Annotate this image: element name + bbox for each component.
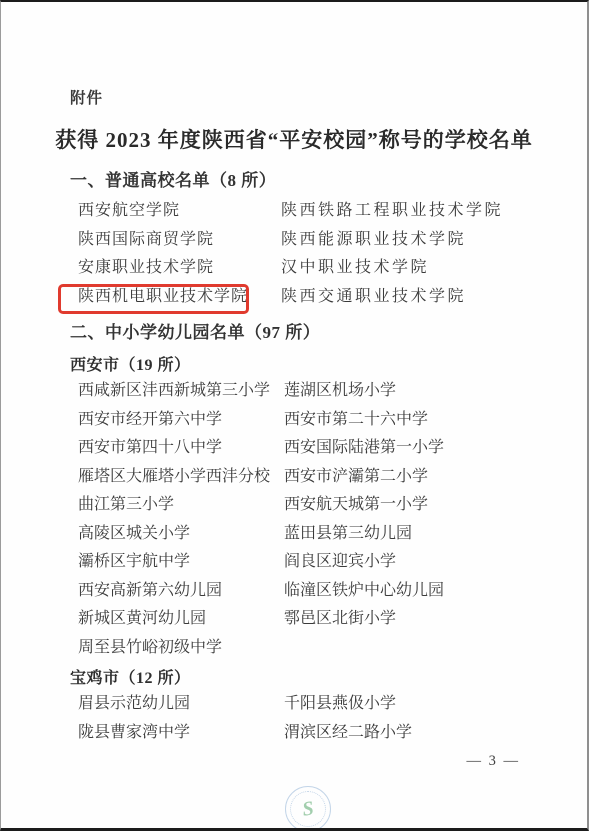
school-name: 陕西铁路工程职业技术学院 xyxy=(281,197,547,226)
school-name: 陕西能源职业技术学院 xyxy=(281,226,547,255)
school-name: 眉县示范幼儿园 xyxy=(78,690,284,719)
school-name: 新城区黄河幼儿园 xyxy=(78,605,284,634)
school-name: 陕西交通职业技术学院 xyxy=(281,283,547,312)
school-name: 安康职业技术学院 xyxy=(78,254,281,283)
school-name: 西安航空学院 xyxy=(78,197,281,226)
circular-seal-watermark-icon: S xyxy=(285,786,331,831)
section-heading-universities: 一、普通高校名单（8 所） xyxy=(70,166,276,191)
school-name xyxy=(284,634,547,663)
school-name: 灞桥区宇航中学 xyxy=(78,548,284,577)
school-name: 西咸新区沣西新城第三小学 xyxy=(78,377,284,406)
school-name: 曲江第三小学 xyxy=(78,491,284,520)
school-name: 临潼区铁炉中心幼儿园 xyxy=(284,577,547,606)
school-name: 鄠邑区北街小学 xyxy=(284,605,547,634)
school-name: 西安国际陆港第一小学 xyxy=(284,434,547,463)
school-name: 汉中职业技术学院 xyxy=(281,254,547,283)
page-title: 获得 2023 年度陕西省“平安校园”称号的学校名单 xyxy=(1,124,587,154)
section-heading-schools: 二、中小学幼儿园名单（97 所） xyxy=(70,318,320,343)
university-list: 西安航空学院 陕西铁路工程职业技术学院 陕西国际商贸学院 陕西能源职业技术学院 … xyxy=(78,197,547,311)
attachment-label: 附件 xyxy=(70,86,103,108)
school-name: 渭滨区经二路小学 xyxy=(284,719,547,748)
school-name-highlighted: 陕西机电职业技术学院 xyxy=(78,283,281,312)
city-heading-baoji: 宝鸡市（12 所） xyxy=(70,665,191,688)
school-name: 千阳县燕伋小学 xyxy=(284,690,547,719)
document-page: 附件 获得 2023 年度陕西省“平安校园”称号的学校名单 一、普通高校名单（8… xyxy=(0,0,589,831)
school-name: 西安航天城第一小学 xyxy=(284,491,547,520)
school-name: 雁塔区大雁塔小学西沣分校 xyxy=(78,463,284,492)
school-name: 西安市浐灞第二小学 xyxy=(284,463,547,492)
school-name: 陇县曹家湾中学 xyxy=(78,719,284,748)
seal-center-glyph: S xyxy=(283,784,333,831)
school-name: 周至县竹峪初级中学 xyxy=(78,634,284,663)
school-name: 阎良区迎宾小学 xyxy=(284,548,547,577)
school-name: 西安高新第六幼儿园 xyxy=(78,577,284,606)
city-heading-xian: 西安市（19 所） xyxy=(70,352,191,375)
baoji-school-list: 眉县示范幼儿园 千阳县燕伋小学 陇县曹家湾中学 渭滨区经二路小学 xyxy=(78,690,547,747)
school-name: 蓝田县第三幼儿园 xyxy=(284,520,547,549)
page-number: — 3 — xyxy=(467,753,521,770)
school-name: 西安市经开第六中学 xyxy=(78,406,284,435)
xian-school-list: 西咸新区沣西新城第三小学 莲湖区机场小学 西安市经开第六中学 西安市第二十六中学… xyxy=(78,377,547,662)
school-name: 莲湖区机场小学 xyxy=(284,377,547,406)
school-name: 西安市第四十八中学 xyxy=(78,434,284,463)
school-name: 高陵区城关小学 xyxy=(78,520,284,549)
school-name: 陕西国际商贸学院 xyxy=(78,226,281,255)
school-name: 西安市第二十六中学 xyxy=(284,406,547,435)
